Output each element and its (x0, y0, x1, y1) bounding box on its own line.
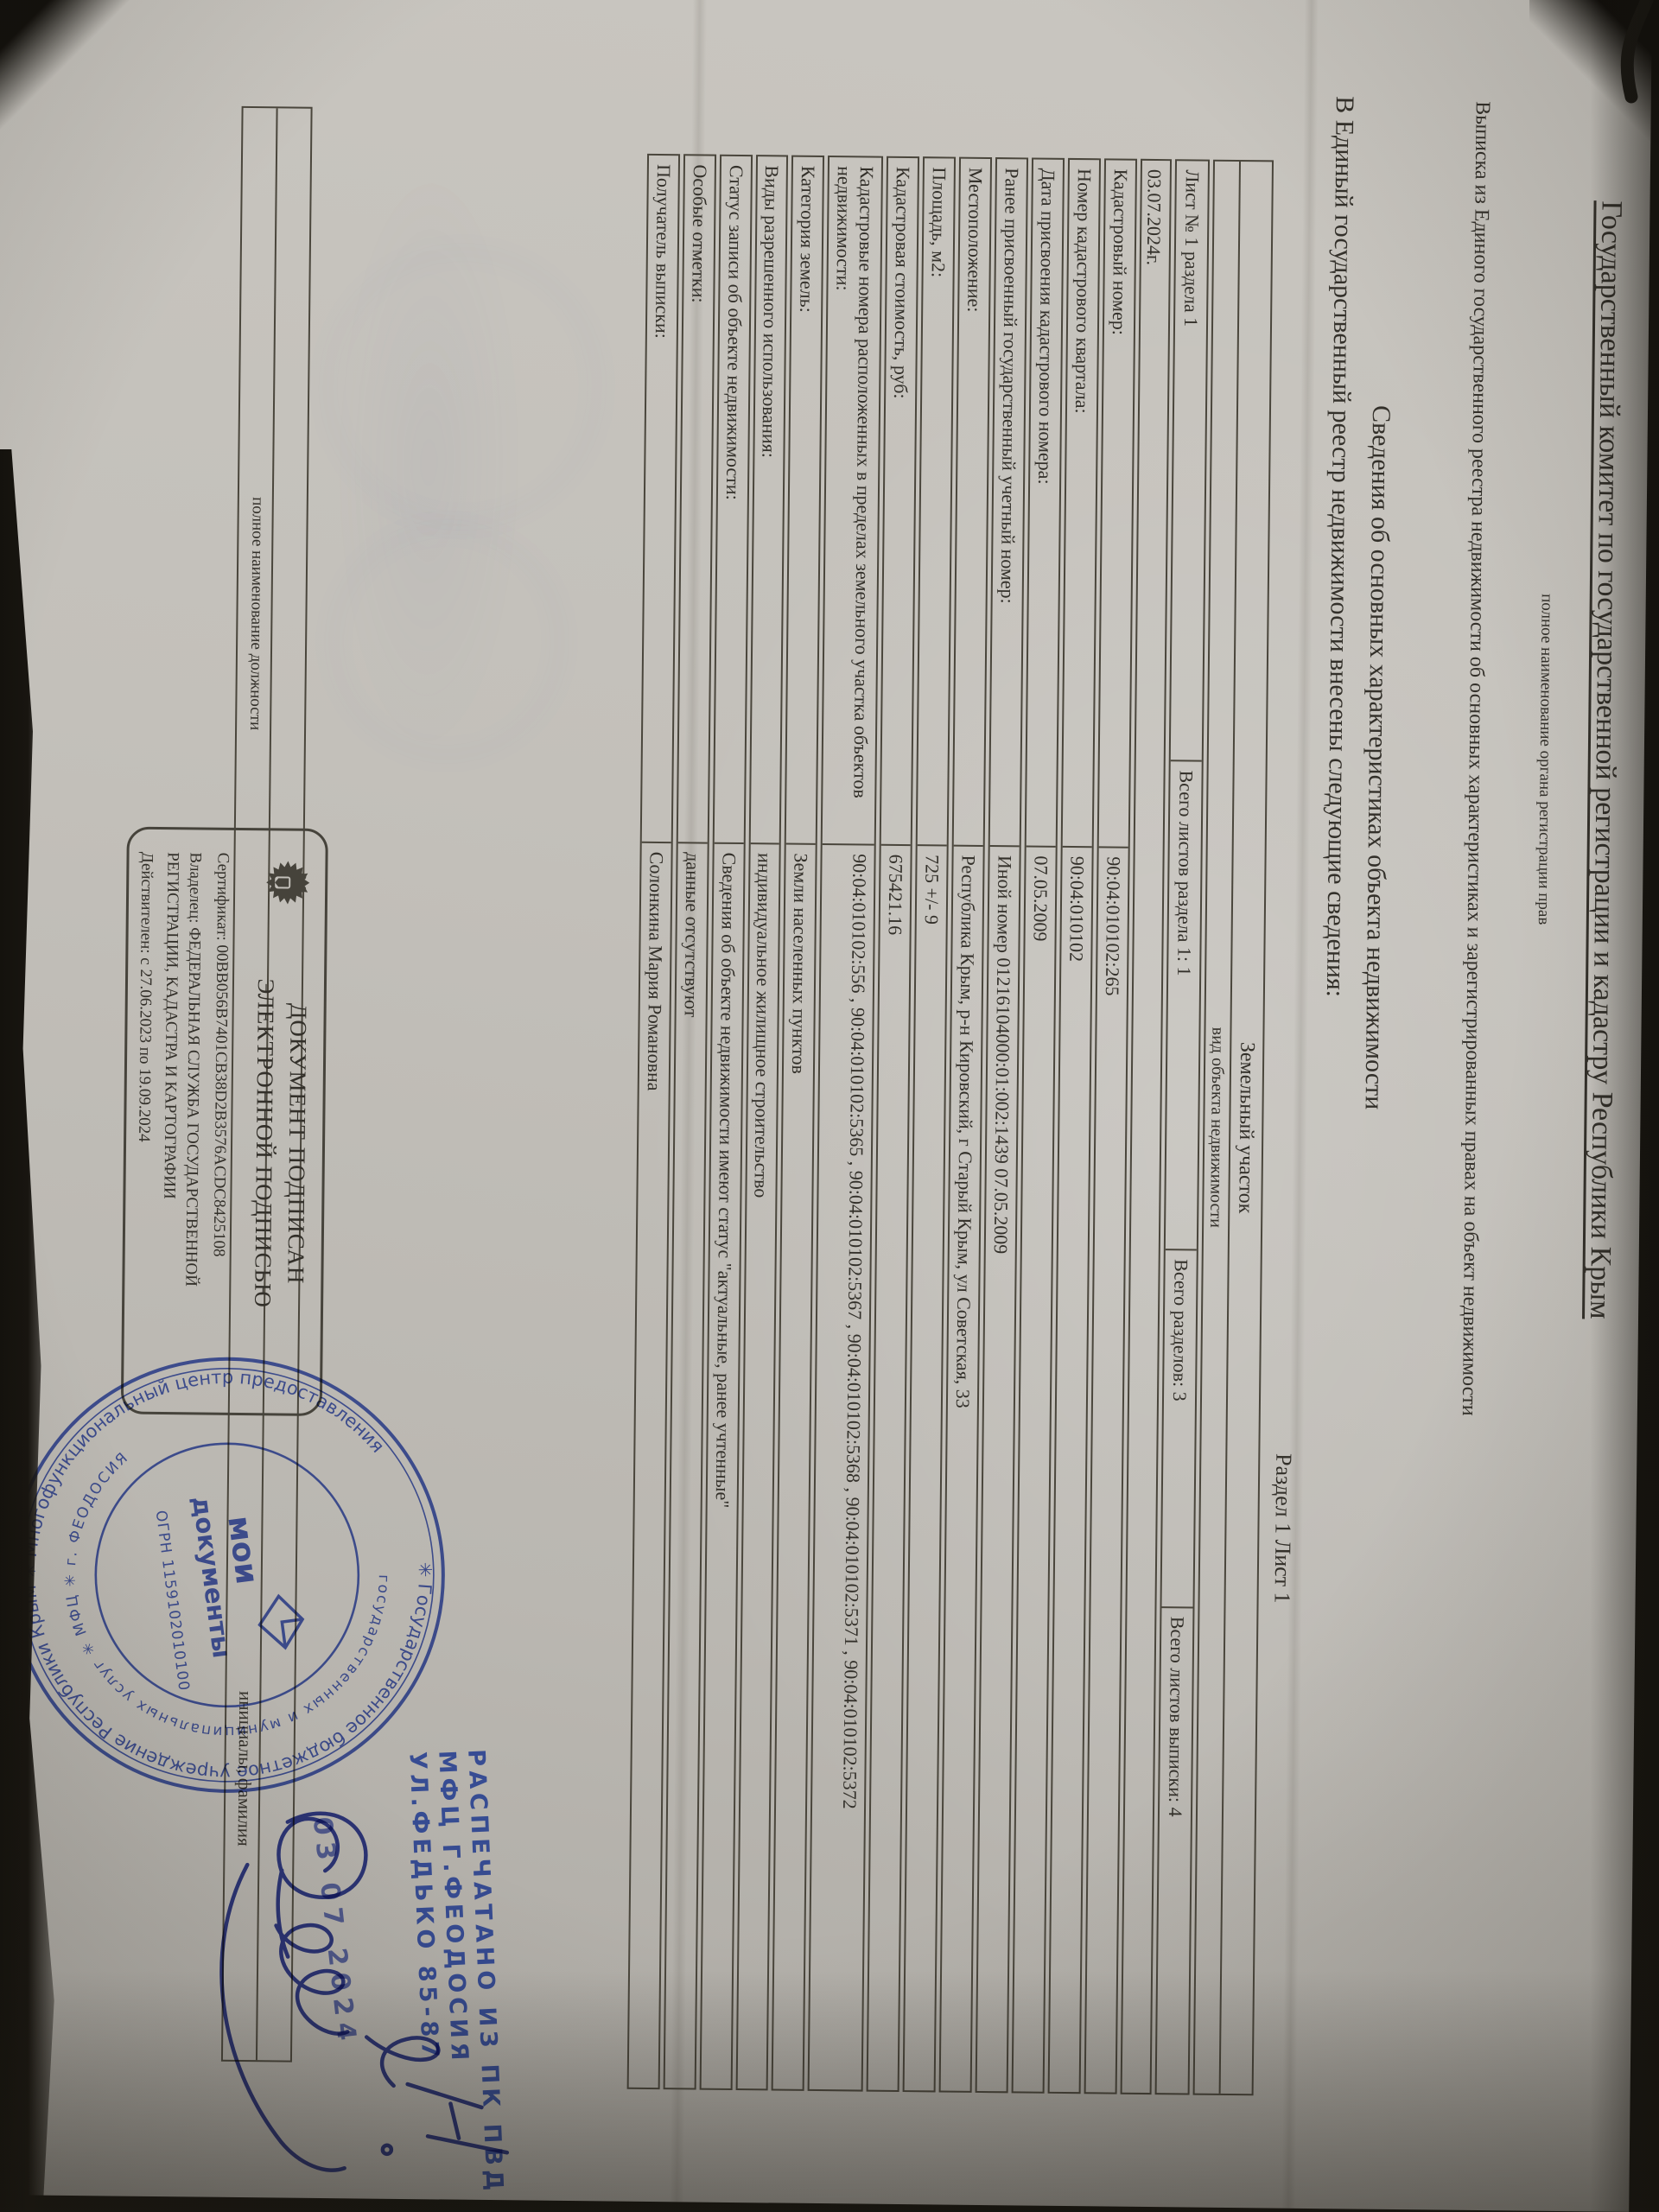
photo-vignette (0, 0, 1659, 2212)
photo-of-document: Государственный комитет по государственн… (0, 0, 1659, 2212)
